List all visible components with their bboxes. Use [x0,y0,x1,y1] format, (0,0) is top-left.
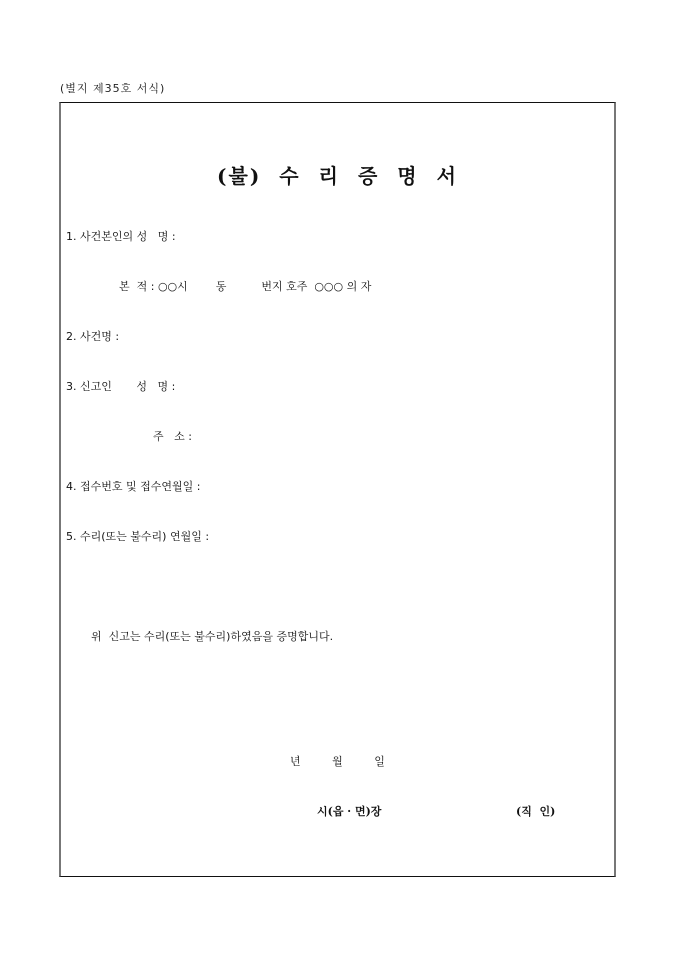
issuing-official: 시(읍 · 면)장 [317,803,381,819]
field-case-name: 2. 사건명 : [66,328,119,344]
field-receipt-number-date: 4. 접수번호 및 접수연월일 : [66,478,200,494]
field-reporter-name: 3. 신고인 성 명 : [66,378,175,394]
official-seal: (직 인) [516,803,555,819]
field-reporter-address: 주 소 : [153,428,192,444]
title-word: 증 [358,160,379,189]
title-word: (불) [217,160,261,189]
certificate-form: (불)수리증명서 1. 사건본인의 성 명 : 본 적 : ○○시 동 번지 호… [59,102,616,877]
document-title: (불)수리증명서 [61,160,614,189]
date-line: 년 월 일 [290,753,385,769]
certification-statement: 위 신고는 수리(또는 불수리)하였음을 증명합니다. [91,628,333,644]
field-acceptance-date: 5. 수리(또는 불수리) 연월일 : [66,528,209,544]
field-registered-domicile: 본 적 : ○○시 동 번지 호주 ○○○ 의 자 [119,278,371,294]
title-word: 명 [397,160,418,189]
title-word: 리 [319,160,340,189]
field-subject-name: 1. 사건본인의 성 명 : [66,228,176,244]
title-word: 서 [437,160,458,189]
title-word: 수 [279,160,300,189]
form-number-caption: (별지 제35호 서식) [60,80,165,96]
